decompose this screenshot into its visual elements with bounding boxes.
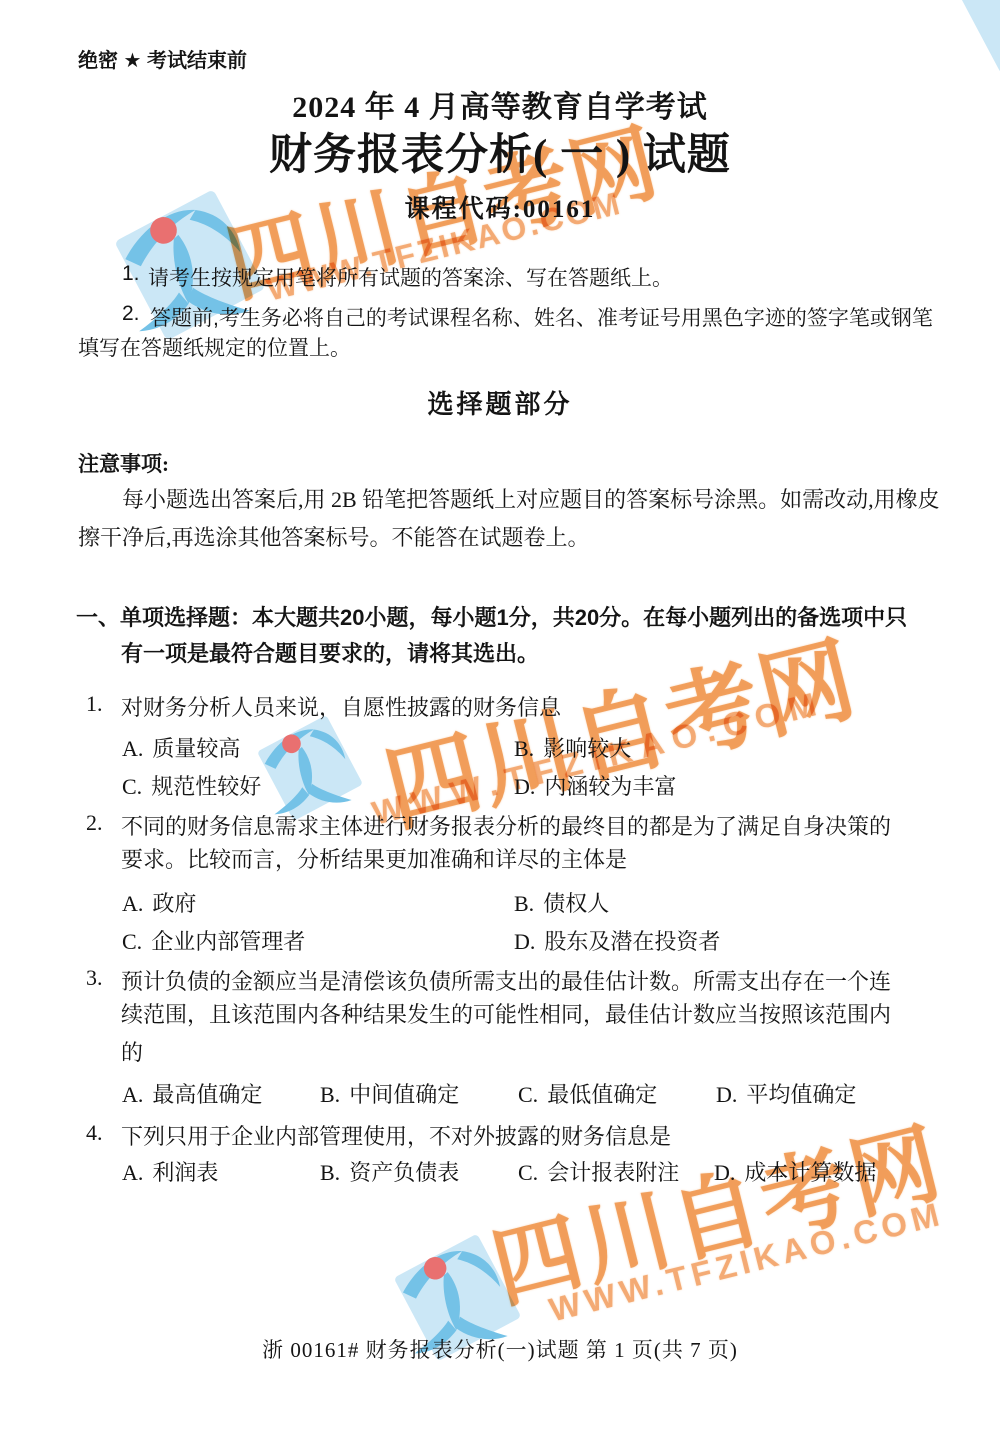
option-text: 成本计算数据 — [744, 1160, 876, 1185]
notes-label: 注意事项: — [78, 453, 169, 475]
option: C.最低值确定 — [518, 1078, 657, 1109]
question-number: 2. — [86, 810, 103, 836]
notes-text: 擦干净后,再选涂其他答案标号。不能答在试题卷上。 — [78, 526, 590, 549]
instruction-text: 请考生按规定用笔将所有试题的答案涂、写在答题纸上。 — [148, 262, 673, 292]
question-number: 4. — [86, 1120, 103, 1146]
question-text: 续范围，且该范围内各种结果发生的可能性相同，最佳估计数应当按照该范围内 — [121, 1003, 891, 1026]
option-label: A. — [122, 1082, 143, 1107]
option: A.利润表 — [122, 1156, 218, 1187]
part-header: 有一项是最符合题目要求的，请将其选出。 — [121, 642, 539, 665]
option: D.股东及潜在投资者 — [514, 925, 720, 956]
question-text: 预计负债的金额应当是清偿该负债所需支出的最佳估计数。所需支出存在一个连 — [121, 965, 891, 996]
option-row: C.企业内部管理者 D.股东及潜在投资者 — [0, 925, 1000, 953]
option-label: B. — [514, 891, 534, 916]
option-label: B. — [320, 1082, 340, 1107]
option: D.内涵较为丰富 — [514, 770, 676, 801]
notes-text: 每小题选出答案后,用 2B 铅笔把答题纸上对应题目的答案标号涂黑。如需改动,用橡… — [122, 488, 940, 511]
option-label: D. — [514, 774, 535, 799]
option: C.规范性较好 — [122, 770, 261, 801]
option-text: 最高值确定 — [152, 1082, 262, 1107]
option-text: 资产负债表 — [349, 1160, 459, 1185]
question: 4. 下列只用于企业内部管理使用，不对外披露的财务信息是 — [0, 1120, 1000, 1148]
option-label: A. — [122, 736, 143, 761]
paper-title: 财务报表分析( 一 ) 试题 — [0, 133, 1000, 178]
question: 1. 对财务分析人员来说，自愿性披露的财务信息 — [0, 691, 1000, 719]
option-row: A.利润表 B.资产负债表 C.会计报表附注 D.成本计算数据 — [0, 1156, 1000, 1184]
option-label: C. — [122, 929, 142, 954]
option: A.质量较高 — [122, 732, 240, 763]
instruction-item: 2. 答题前,考生务必将自己的考试课程名称、姓名、准考证号用黑色字迹的签字笔或钢… — [0, 302, 1000, 330]
page-footer: 浙 00161# 财务报表分析(一)试题 第 1 页(共 7 页) — [0, 1339, 1000, 1361]
classification-label: 绝密 ★ 考试结束前 — [78, 51, 247, 72]
question: 3. 预计负债的金额应当是清偿该负债所需支出的最佳估计数。所需支出存在一个连 — [0, 965, 1000, 993]
option: B.资产负债表 — [320, 1156, 459, 1187]
exam-session-title: 2024 年 4 月高等教育自学考试 — [0, 92, 1000, 124]
option-label: D. — [514, 929, 535, 954]
course-code: 课程代码:00161 — [0, 197, 1000, 223]
instruction-number: 1. — [122, 262, 140, 286]
option-label: A. — [122, 891, 143, 916]
option-text: 企业内部管理者 — [151, 929, 305, 954]
question-text: 对财务分析人员来说，自愿性披露的财务信息 — [121, 691, 561, 722]
option-label: D. — [714, 1160, 735, 1185]
option-label: C. — [518, 1082, 538, 1107]
instruction-text: 填写在答题纸规定的位置上。 — [78, 338, 351, 360]
instruction-text: 答题前,考生务必将自己的考试课程名称、姓名、准考证号用黑色字迹的签字笔或钢笔 — [150, 302, 933, 332]
option-row: A.质量较高 B.影响较大 — [0, 732, 1000, 760]
part-header: 一、单项选择题：本大题共20小题，每小题1分，共20分。在每小题列出的备选项中只 — [76, 606, 907, 629]
question-text: 要求。比较而言，分析结果更加准确和详尽的主体是 — [121, 848, 627, 871]
option: B.债权人 — [514, 887, 609, 918]
option-label: D. — [716, 1082, 737, 1107]
option-text: 规范性较好 — [151, 774, 261, 799]
question-text: 的 — [121, 1041, 143, 1064]
option-label: B. — [514, 736, 534, 761]
option: B.中间值确定 — [320, 1078, 459, 1109]
option: C.企业内部管理者 — [122, 925, 305, 956]
option: D.成本计算数据 — [714, 1156, 876, 1187]
option-text: 会计报表附注 — [547, 1160, 679, 1185]
section-heading: 选择题部分 — [0, 391, 1000, 418]
option: B.影响较大 — [514, 732, 631, 763]
question-text: 下列只用于企业内部管理使用，不对外披露的财务信息是 — [121, 1120, 671, 1151]
option-text: 中间值确定 — [349, 1082, 459, 1107]
logo-fragment-icon — [932, 0, 1000, 94]
option-text: 股东及潜在投资者 — [544, 929, 720, 954]
option: A.政府 — [122, 887, 196, 918]
instruction-number: 2. — [122, 302, 140, 326]
exam-paper-page: 四川自考网 WWW.TFZIKAO.COM 四川自考网 WWW.TFZIKAO.… — [0, 0, 1000, 1436]
option-label: B. — [320, 1160, 340, 1185]
instruction-item: 1. 请考生按规定用笔将所有试题的答案涂、写在答题纸上。 — [0, 262, 1000, 290]
option-text: 内涵较为丰富 — [544, 774, 676, 799]
option-row: A.政府 B.债权人 — [0, 887, 1000, 915]
option-row: A.最高值确定 B.中间值确定 C.最低值确定 D.平均值确定 — [0, 1078, 1000, 1106]
question: 2. 不同的财务信息需求主体进行财务报表分析的最终目的都是为了满足自身决策的 — [0, 810, 1000, 838]
option-text: 政府 — [152, 891, 196, 916]
option-label: A. — [122, 1160, 143, 1185]
option-label: C. — [122, 774, 142, 799]
option-text: 利润表 — [152, 1160, 218, 1185]
option: A.最高值确定 — [122, 1078, 262, 1109]
watermark-url-text: WWW.TFZIKAO.COM — [546, 1197, 947, 1327]
question-number: 1. — [86, 691, 103, 717]
option: D.平均值确定 — [716, 1078, 856, 1109]
option-text: 最低值确定 — [547, 1082, 657, 1107]
option-text: 债权人 — [543, 891, 609, 916]
option-text: 影响较大 — [543, 736, 631, 761]
question-text: 不同的财务信息需求主体进行财务报表分析的最终目的都是为了满足自身决策的 — [121, 810, 891, 841]
option-text: 质量较高 — [152, 736, 240, 761]
question-number: 3. — [86, 965, 103, 991]
option-label: C. — [518, 1160, 538, 1185]
option-text: 平均值确定 — [746, 1082, 856, 1107]
option: C.会计报表附注 — [518, 1156, 679, 1187]
option-row: C.规范性较好 D.内涵较为丰富 — [0, 770, 1000, 798]
